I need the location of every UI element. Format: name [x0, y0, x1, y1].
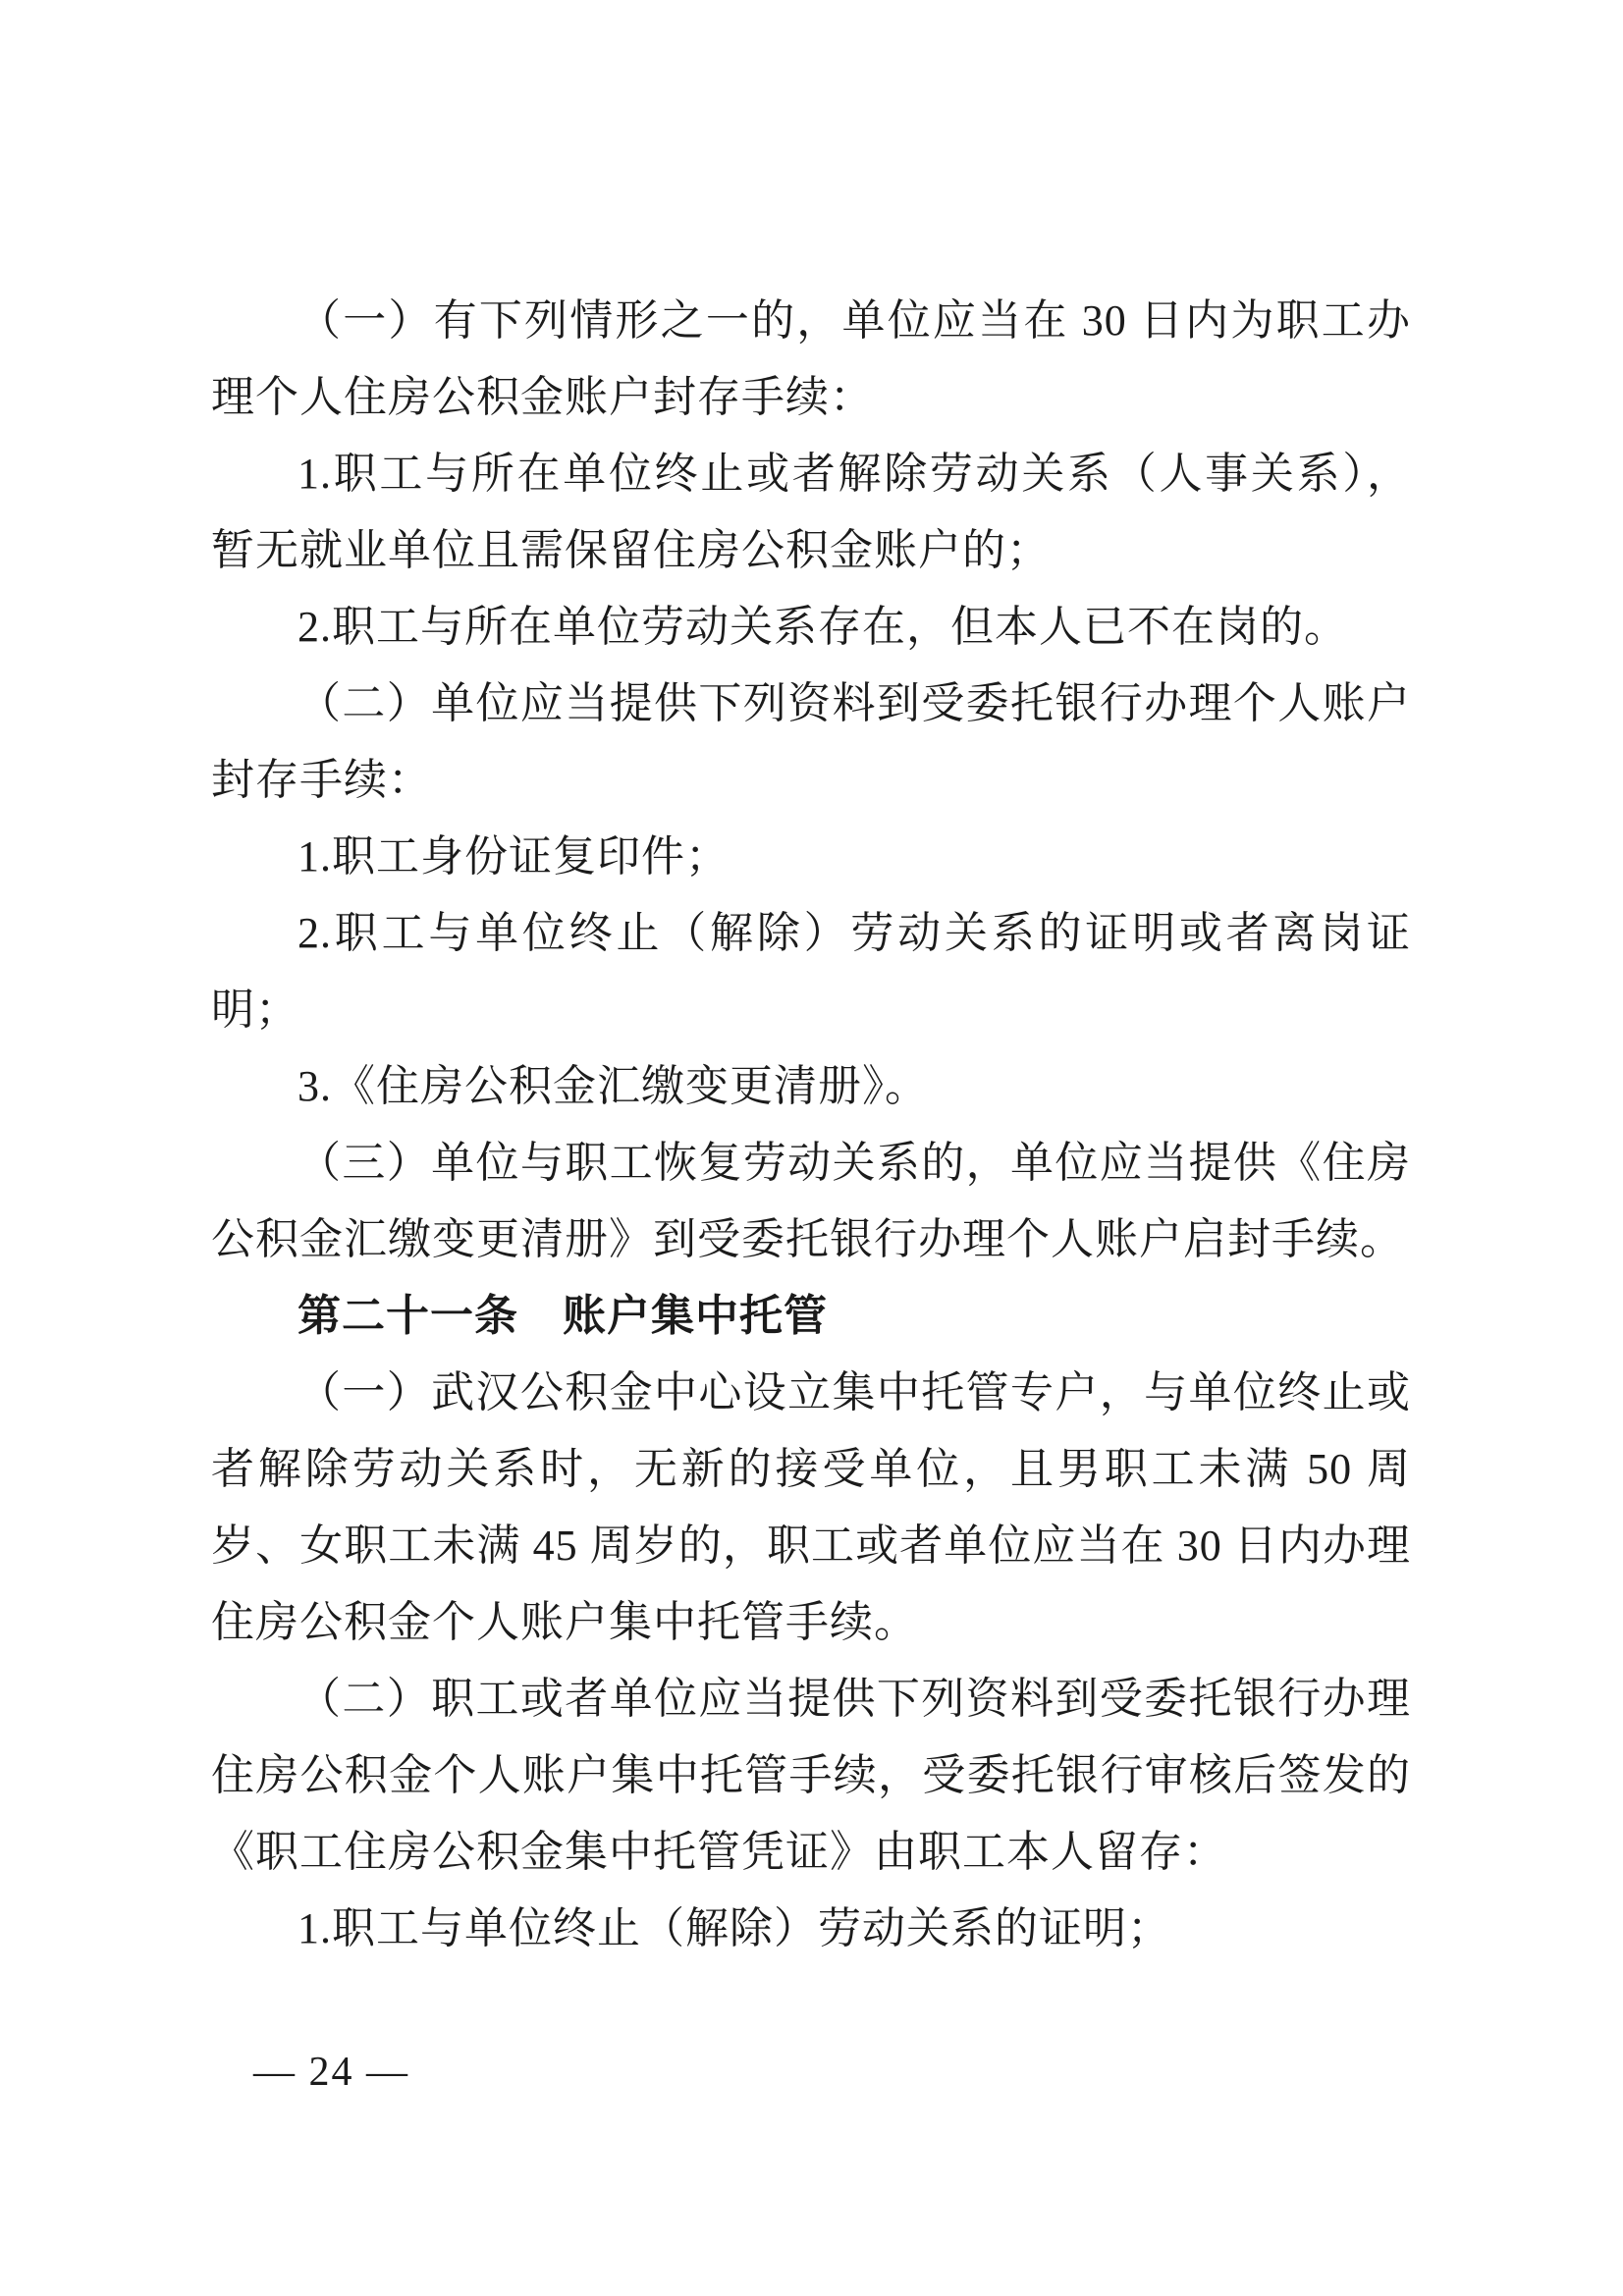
paragraph: （一）武汉公积金中心设立集中托管专户，与单位终止或者解除劳动关系时，无新的接受单… [211, 1355, 1411, 1661]
page-number: — 24 — [253, 2050, 409, 2095]
paragraph: （三）单位与职工恢复劳动关系的，单位应当提供《住房公积金汇缴变更清册》到受委托银… [211, 1125, 1411, 1278]
paragraph: 1.职工身份证复印件； [211, 819, 1411, 895]
paragraph: （二）单位应当提供下列资料到受委托银行办理个人账户封存手续： [211, 666, 1411, 819]
paragraph: 3.《住房公积金汇缴变更清册》。 [211, 1048, 1411, 1125]
document-page: （一）有下列情形之一的，单位应当在 30 日内为职工办理个人住房公积金账户封存手… [0, 0, 1623, 2296]
paragraph: 2.职工与单位终止（解除）劳动关系的证明或者离岗证明； [211, 895, 1411, 1048]
article-heading: 第二十一条 账户集中托管 [211, 1278, 1411, 1355]
paragraph: （一）有下列情形之一的，单位应当在 30 日内为职工办理个人住房公积金账户封存手… [211, 283, 1411, 436]
paragraph: 2.职工与所在单位劳动关系存在，但本人已不在岗的。 [211, 589, 1411, 666]
paragraph: 1.职工与单位终止（解除）劳动关系的证明； [211, 1891, 1411, 1967]
paragraph: 1.职工与所在单位终止或者解除劳动关系（人事关系），暂无就业单位且需保留住房公积… [211, 436, 1411, 589]
document-body: （一）有下列情形之一的，单位应当在 30 日内为职工办理个人住房公积金账户封存手… [211, 283, 1411, 1967]
paragraph: （二）职工或者单位应当提供下列资料到受委托银行办理住房公积金个人账户集中托管手续… [211, 1661, 1411, 1891]
